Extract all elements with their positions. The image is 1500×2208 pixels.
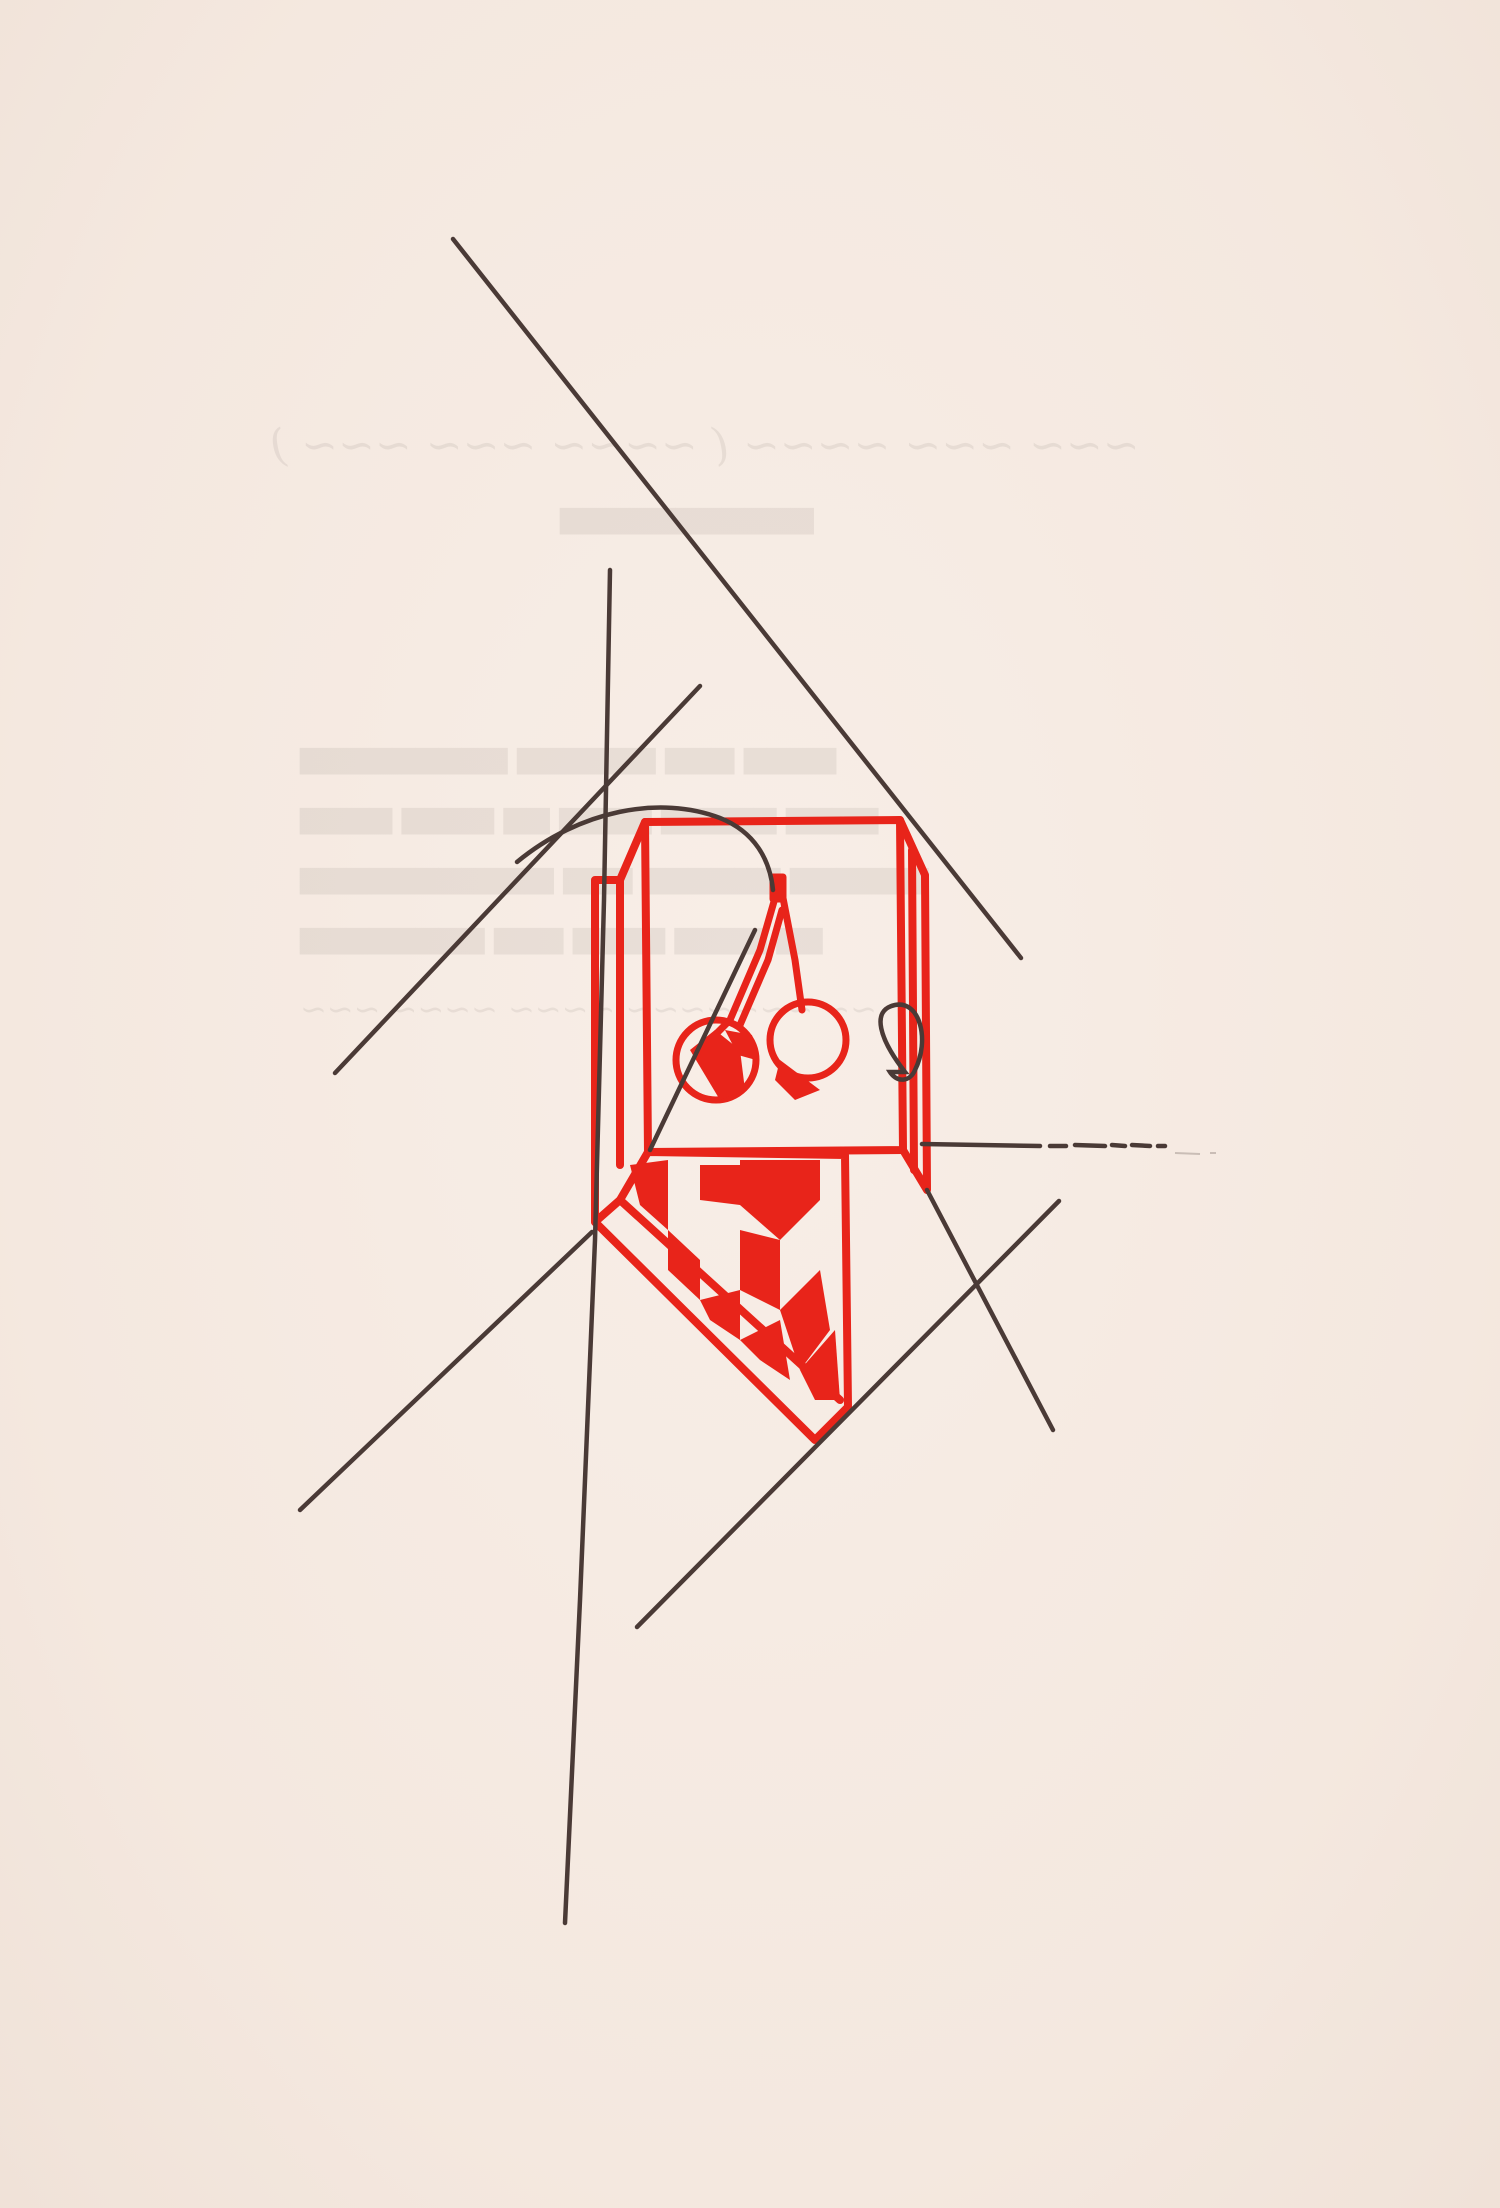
vertical-line (565, 570, 610, 1923)
diagonal-line-top (453, 239, 1021, 958)
dashed-line (922, 1144, 1165, 1146)
red-box-inner (645, 820, 903, 1152)
dashed-line-faint (1175, 1153, 1216, 1154)
artwork-drawing (0, 0, 1500, 2208)
cherry-stem-left-2 (740, 910, 782, 1025)
lower-left-line (300, 1232, 592, 1510)
cherry-stem-right (783, 898, 802, 1010)
